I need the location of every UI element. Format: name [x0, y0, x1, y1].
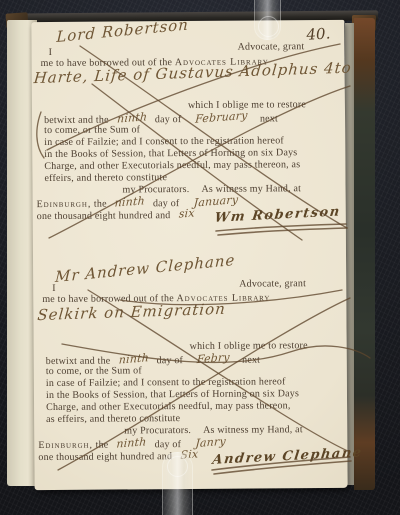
printed-effeirs-line: as effeirs, and thereto constitute [46, 413, 180, 425]
retaining-strap-bottom [162, 452, 193, 515]
retaining-strap-top [254, 0, 281, 40]
printed-restore-line: which I oblige me to restore [190, 340, 308, 352]
printed-books-line: in the Books of Session, that Letters of… [46, 388, 299, 401]
handwritten-signed-day: ninth [116, 435, 147, 450]
handwritten-due-day: ninth [118, 351, 149, 366]
borrowing-form-2: Mr Andrew Clephane I Advocate, grant me … [31, 20, 347, 490]
book-cover-edge [354, 18, 375, 490]
next-text: next [242, 355, 260, 366]
printed-failzie-line: in case of Failzie; and I consent to the… [46, 376, 286, 389]
year-text: one thousand eight hundred and [38, 451, 172, 463]
handwritten-signed-month: Janry [195, 435, 226, 450]
day-of-text: day of [157, 355, 184, 366]
printed-pronoun: I [52, 283, 56, 294]
handwritten-due-month: Febry [197, 351, 231, 367]
printed-advocate-grant: Advocate, grant [239, 278, 306, 289]
printed-sum-line: to come, or the Sum of [46, 365, 142, 377]
printed-charge-line: Charge, and other Executorials needful, … [46, 400, 291, 413]
register-page: 40. I Lord Robertson Advocate, grant me … [31, 20, 347, 490]
procurators-text: my Procurators. [124, 425, 191, 436]
witness-text: As witness my Hand, at [203, 424, 303, 436]
handwritten-borrower-name: Mr Andrew Clephane [55, 251, 236, 286]
register-photograph: 40. I Lord Robertson Advocate, grant me … [0, 0, 400, 515]
